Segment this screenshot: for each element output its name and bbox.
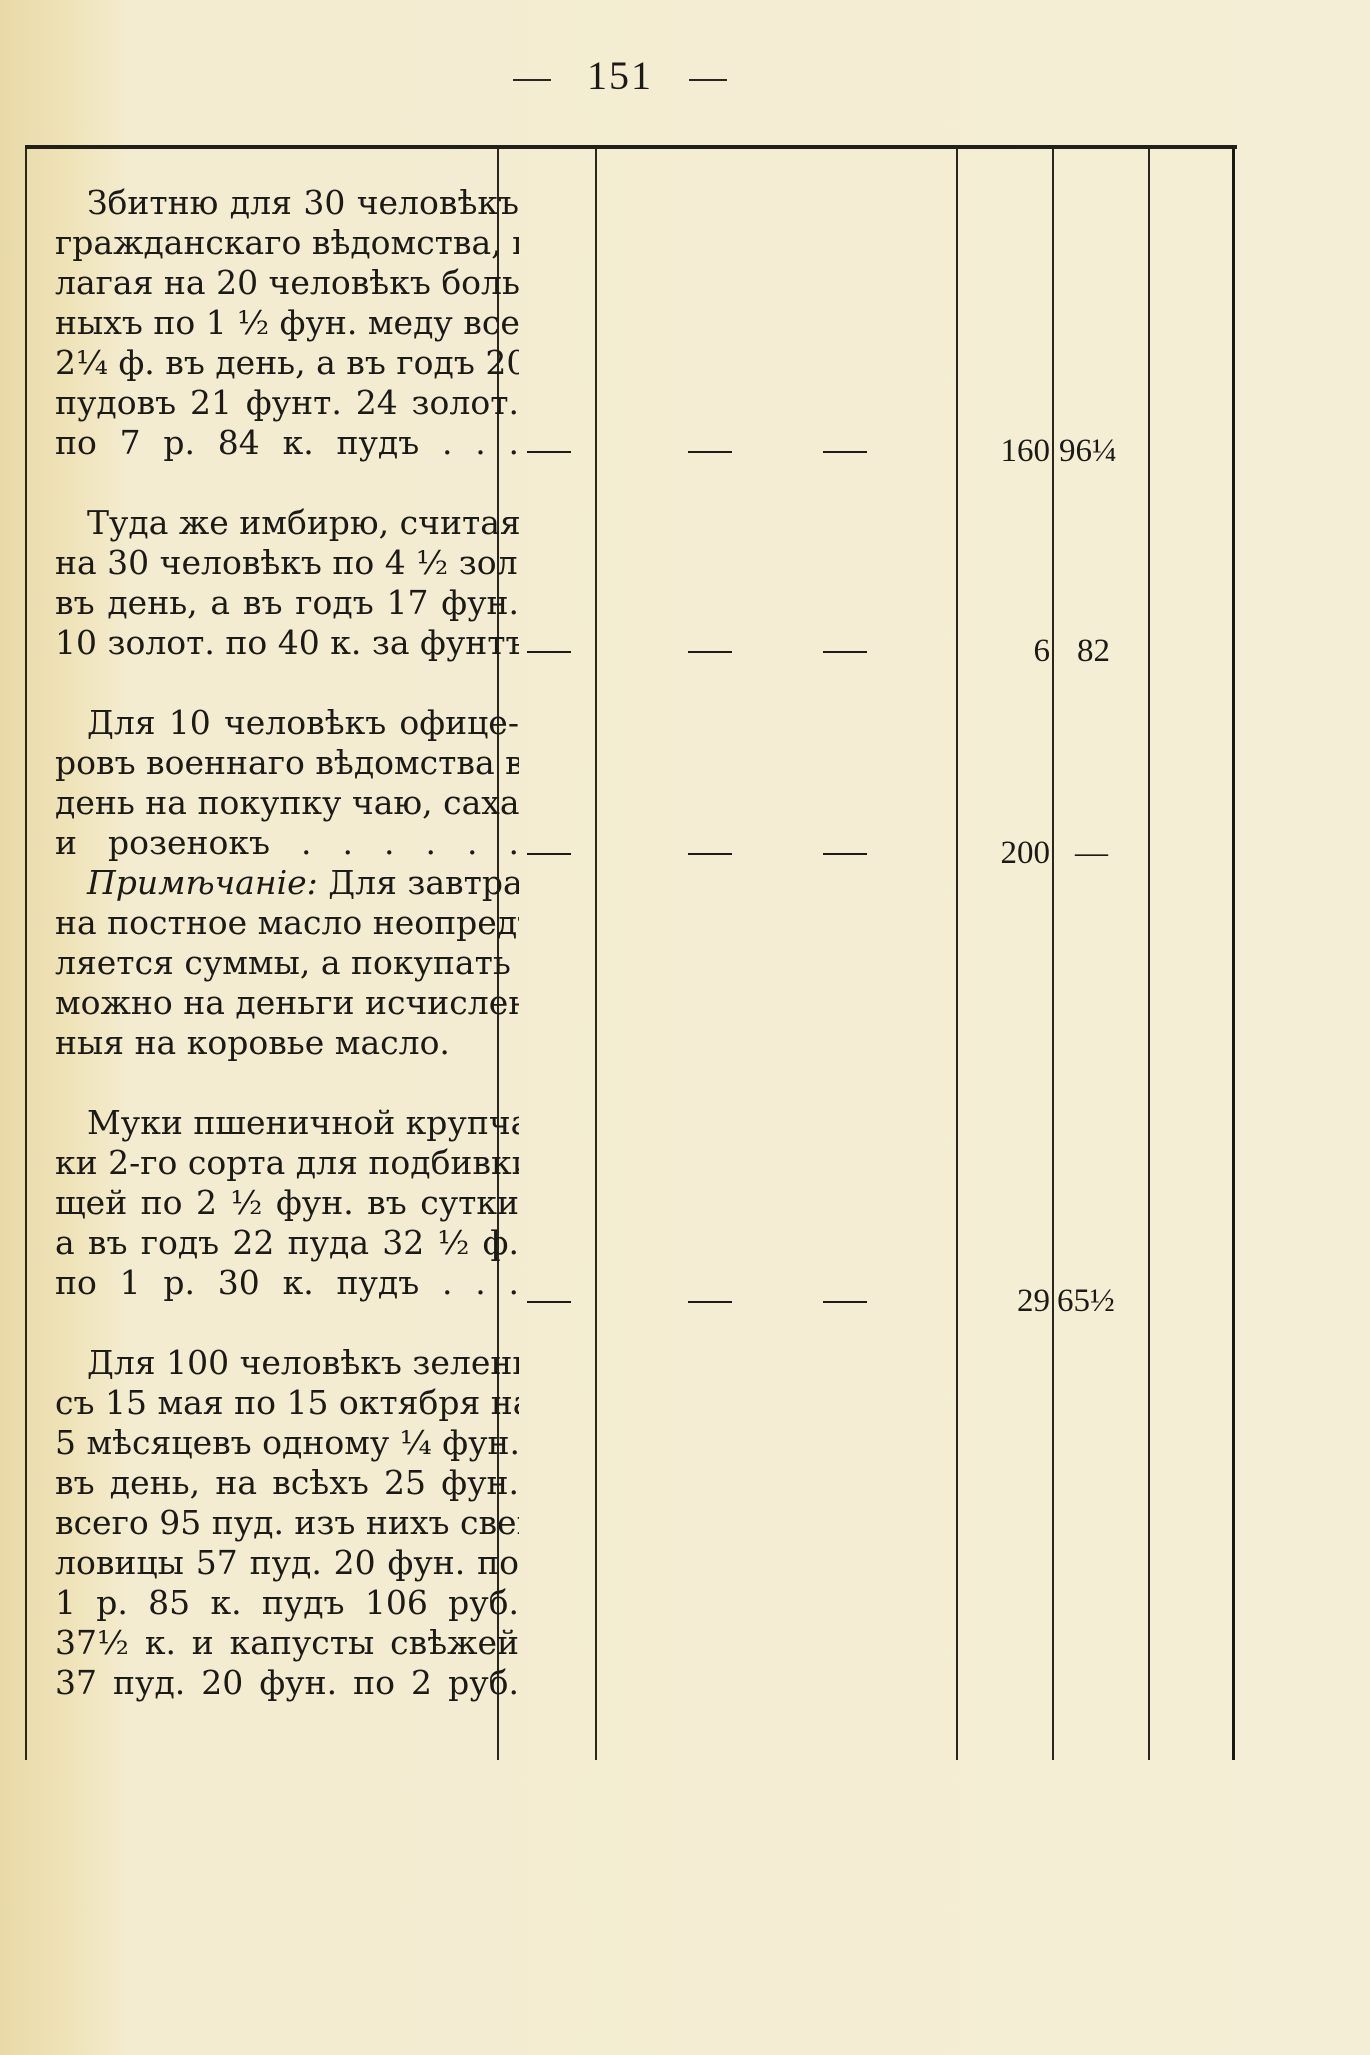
entry-line: пудовъ 21 фунт. 24 золот. — [55, 383, 519, 423]
note-line: ныя на коровье масло. — [55, 1023, 519, 1063]
rubles-value: 160 — [956, 431, 1050, 471]
entry-line: Збитню для 30 человѣкъ — [55, 183, 519, 223]
column-divider-4 — [1148, 149, 1150, 1760]
entry-line: лагая на 20 человѣкъ боль- — [55, 263, 519, 303]
kopecks-value: 82 — [1077, 631, 1147, 671]
entry-line: по 7 р. 84 к. пудъ . . . — [55, 423, 519, 463]
column-divider-2 — [956, 149, 958, 1760]
table-left-border — [25, 149, 27, 1760]
note-line: можно на деньги исчислен- — [55, 983, 519, 1023]
kopecks-value: — — [1075, 833, 1135, 873]
note-label: Примѣчаніе: — [87, 863, 318, 902]
entry-line: 2¼ ф. въ день, а въ годъ 20 — [55, 343, 519, 383]
expense-table: Збитню для 30 человѣкъ гражданскаго вѣдо… — [25, 145, 1234, 1760]
entry-line: въ день, на всѣхъ 25 фун. — [55, 1463, 519, 1503]
entry-ginger: Туда же имбирю, считая на 30 человѣкъ по… — [55, 503, 519, 663]
note-line: на постное масло неопредѣ- — [55, 903, 519, 943]
entry-line: по 1 р. 30 к. пудъ . . . — [55, 1263, 519, 1303]
entry-line: ки 2-го сорта для подбивки — [55, 1143, 519, 1183]
rubles-value: 200 — [956, 833, 1050, 873]
entry-line: 37½ к. и капусты свѣжей — [55, 1623, 519, 1663]
entry-line: Муки пшеничной крупчат- — [55, 1103, 519, 1143]
entry-line: и розенокъ . . . . . . — [55, 823, 519, 863]
entry-line: 37 пуд. 20 фун. по 2 руб. — [55, 1663, 519, 1703]
col2a-dash — [688, 853, 732, 855]
entry-line: 10 золот. по 40 к. за фунтъ. — [55, 623, 519, 663]
entry-greens: Для 100 человѣкъ зелени съ 15 мая по 15 … — [55, 1343, 519, 1703]
entry-line: Туда же имбирю, считая — [55, 503, 519, 543]
entry-line: день на покупку чаю, сахару — [55, 783, 519, 823]
rubles-value: 29 — [956, 1281, 1050, 1321]
entry-line: гражданскаго вѣдомства, по- — [55, 223, 519, 263]
entry-line: Для 100 человѣкъ зелени — [55, 1343, 519, 1383]
entry-line: 1 р. 85 к. пудъ 106 руб. — [55, 1583, 519, 1623]
entry-line: а въ годъ 22 пуда 32 ½ ф. — [55, 1223, 519, 1263]
col2b-dash — [823, 451, 867, 453]
col1-dash — [527, 853, 571, 855]
entry-line: 5 мѣсяцевъ одному ¼ фун. — [55, 1423, 519, 1463]
entry-line: Для 10 человѣкъ офице- — [55, 703, 519, 743]
column-divider-1 — [595, 149, 597, 1760]
header-dash-left — [513, 79, 551, 81]
entry-line: въ день, а въ годъ 17 фун. — [55, 583, 519, 623]
description-column: Збитню для 30 человѣкъ гражданскаго вѣдо… — [55, 183, 519, 1703]
col1-dash — [527, 651, 571, 653]
note-line: ляется суммы, а покупать оное — [55, 943, 519, 983]
entry-line: ныхъ по 1 ½ фун. меду всего — [55, 303, 519, 343]
header-dash-right — [689, 79, 727, 81]
entry-officers-tea: Для 10 человѣкъ офице- ровъ военнаго вѣд… — [55, 703, 519, 1063]
kopecks-value: 96¼ — [1059, 431, 1149, 471]
column-divider-3 — [1052, 149, 1054, 1760]
note-line: Примѣчаніе: Для завтрака — [55, 863, 519, 903]
entry-line: на 30 человѣкъ по 4 ½ золот. — [55, 543, 519, 583]
col2b-dash — [823, 1301, 867, 1303]
note-text: Для завтрака — [328, 863, 519, 902]
entry-line: щей по 2 ½ фун. въ сутки — [55, 1183, 519, 1223]
table-right-border — [1232, 149, 1235, 1760]
page-number: 151 — [587, 53, 653, 98]
entry-line: ловицы 57 пуд. 20 фун. по — [55, 1543, 519, 1583]
entry-wheat-flour: Муки пшеничной крупчат- ки 2-го сорта дл… — [55, 1103, 519, 1303]
col2a-dash — [688, 451, 732, 453]
entry-zbiten: Збитню для 30 человѣкъ гражданскаго вѣдо… — [55, 183, 519, 463]
entry-line: всего 95 пуд. изъ нихъ свек- — [55, 1503, 519, 1543]
rubles-value: 6 — [956, 631, 1050, 671]
col1-dash — [527, 451, 571, 453]
table-top-rule — [25, 145, 1237, 149]
col2b-dash — [823, 651, 867, 653]
col2a-dash — [688, 1301, 732, 1303]
kopecks-value: 65½ — [1057, 1281, 1147, 1321]
entry-line: ровъ военнаго вѣдомства въ — [55, 743, 519, 783]
col1-dash — [527, 1301, 571, 1303]
entry-line: съ 15 мая по 15 октября на — [55, 1383, 519, 1423]
col2b-dash — [823, 853, 867, 855]
col2a-dash — [688, 651, 732, 653]
page-header: 151 — [0, 52, 1240, 99]
